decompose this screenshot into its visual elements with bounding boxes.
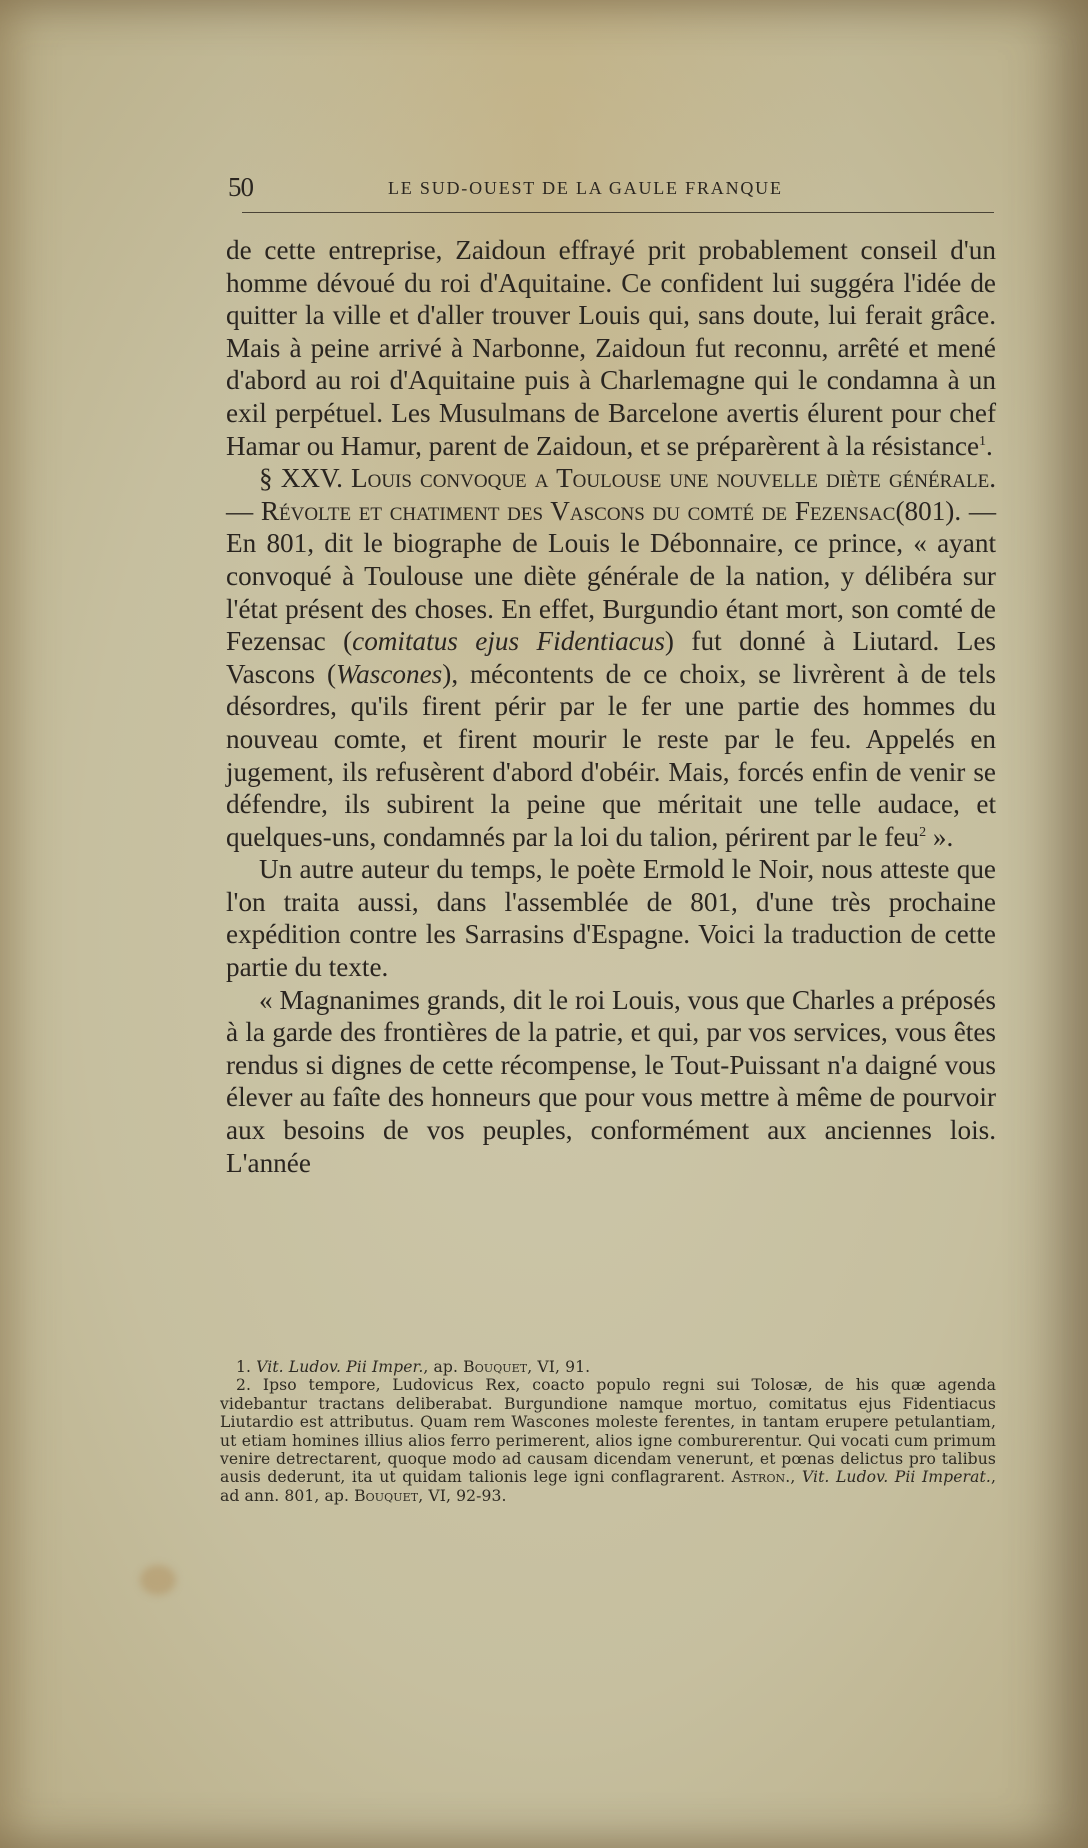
book-page: 50 LE SUD-OUEST DE LA GAULE FRANQUE de c… <box>0 0 1088 1848</box>
header-rule <box>242 212 994 213</box>
source-author: Astron. <box>732 1468 791 1486</box>
paragraph-speech: « Magnanimes grands, dit le roi Louis, v… <box>226 984 996 1180</box>
source-ref: , VI, 92-93. <box>418 1487 506 1505</box>
footnote-number: 2. <box>236 1376 263 1394</box>
page-header: 50 LE SUD-OUEST DE LA GAULE FRANQUE <box>228 172 993 206</box>
footnote-text: , ap. <box>423 1358 463 1376</box>
source-author: Bouquet <box>354 1487 418 1505</box>
footnote-1: 1. Vit. Ludov. Pii Imper., ap. Bouquet, … <box>220 1358 996 1376</box>
source-ref: , VI, 91. <box>527 1358 590 1376</box>
section-title-b: Révolte et chatiment des Vascons du comt… <box>261 496 896 526</box>
paragraph-ermold: Un autre auteur du temps, le poète Ermol… <box>226 853 996 983</box>
dash: — <box>961 496 996 526</box>
running-title: LE SUD-OUEST DE LA GAULE FRANQUE <box>388 178 783 199</box>
section-year: (801). <box>895 496 961 526</box>
latin-term: Wascones <box>336 659 442 689</box>
footnote-text: , <box>790 1468 802 1486</box>
source-title: Vit. Ludov. Pii Imper. <box>256 1358 423 1376</box>
page-number: 50 <box>228 172 253 203</box>
source-author: Bouquet <box>463 1358 527 1376</box>
footnote-ref-2[interactable]: 2 <box>919 825 926 840</box>
main-text: de cette entreprise, Zaidoun effrayé pri… <box>226 234 996 1179</box>
section-mark: § XXV. <box>259 463 343 493</box>
paper-stain <box>140 1565 176 1595</box>
dash: — <box>226 496 261 526</box>
footnote-2: 2. Ipso tempore, Ludovicus Rex, coacto p… <box>220 1376 996 1505</box>
source-title: Vit. Ludov. Pii Imperat. <box>802 1468 991 1486</box>
section-xxv: § XXV. Louis convoque a Toulouse une nou… <box>226 462 996 853</box>
footnote-ref-1[interactable]: 1 <box>979 434 986 449</box>
latin-term: comitatus ejus Fidentiacus <box>352 626 665 656</box>
paragraph-zaidoun: de cette entreprise, Zaidoun effrayé pri… <box>226 234 996 462</box>
footnote-number: 1. <box>236 1358 256 1376</box>
quote-end: ». <box>926 822 953 852</box>
paragraph-text: de cette entreprise, Zaidoun effrayé pri… <box>226 235 996 461</box>
footnotes: 1. Vit. Ludov. Pii Imper., ap. Bouquet, … <box>220 1358 996 1505</box>
paragraph-end: . <box>986 431 993 461</box>
section-title-a: Louis convoque a Toulouse une nouvelle d… <box>351 463 996 493</box>
